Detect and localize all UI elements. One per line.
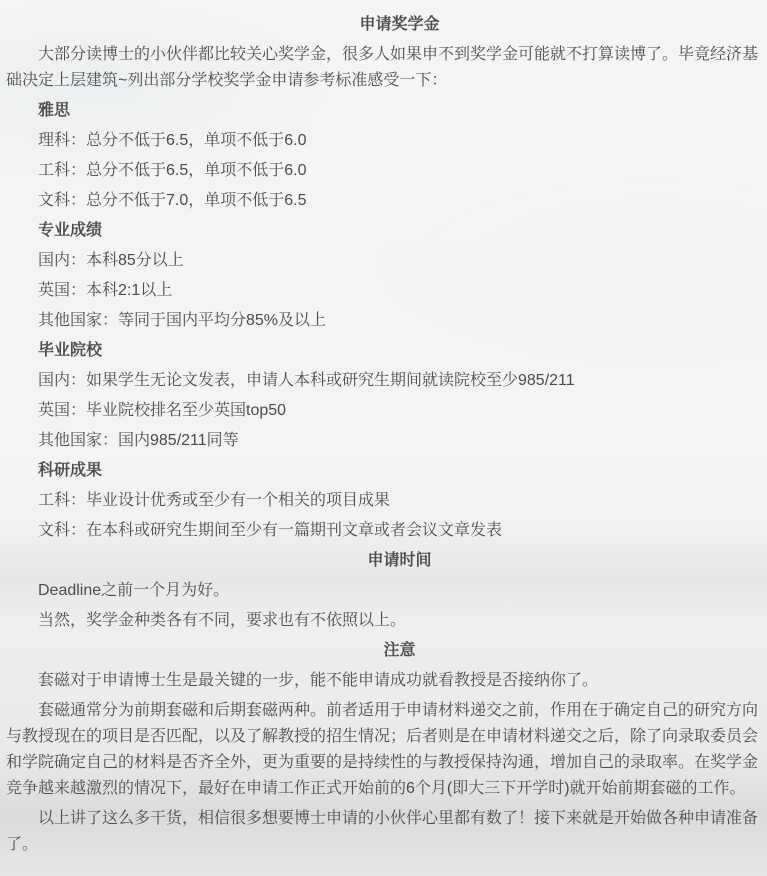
school-line-uk: 英国：毕业院校排名至少英国top50 [6,398,761,424]
section-heading-graduating-school: 毕业院校 [6,338,761,364]
grades-line-uk: 英国：本科2:1以上 [6,278,761,304]
notice-paragraph-contact-importance: 套磁对于申请博士生是最关键的一步，能不能申请成功就看教授是否接纳你了。 [6,668,761,694]
article: 申请奖学金 大部分读博士的小伙伴都比较关心奖学金，很多人如果申不到奖学金可能就不… [0,0,767,876]
research-line-engineering: 工科：毕业设计优秀或至少有一个相关的项目成果 [6,488,761,514]
notice-paragraph-conclusion: 以上讲了这么多干货，相信很多想要博士申请的小伙伴心里都有数了！接下来就是开始做各… [6,806,761,858]
section-heading-application-time: 申请时间 [6,548,761,574]
section-heading-ielts: 雅思 [6,98,761,124]
research-line-liberal-arts: 文科：在本科或研究生期间至少有一篇期刊文章或者会议文章发表 [6,518,761,544]
school-line-other-countries: 其他国家：国内985/211同等 [6,428,761,454]
section-heading-major-grades: 专业成绩 [6,218,761,244]
ielts-line-science: 理科：总分不低于6.5，单项不低于6.0 [6,128,761,154]
article-title: 申请奖学金 [6,12,761,38]
timing-paragraph-deadline: Deadline之前一个月为好。 [6,578,761,604]
notice-paragraph-contact-types: 套磁通常分为前期套磁和后期套磁两种。前者适用于申请材料递交之前，作用在于确定自己… [6,698,761,802]
grades-line-other-countries: 其他国家：等同于国内平均分85%及以上 [6,308,761,334]
timing-paragraph-variation: 当然，奖学金种类各有不同，要求也有不依照以上。 [6,608,761,634]
ielts-line-liberal-arts: 文科：总分不低于7.0，单项不低于6.5 [6,188,761,214]
intro-paragraph: 大部分读博士的小伙伴都比较关心奖学金，很多人如果申不到奖学金可能就不打算读博了。… [6,42,761,94]
school-line-domestic: 国内：如果学生无论文发表，申请人本科或研究生期间就读院校至少985/211 [6,368,761,394]
ielts-line-engineering: 工科：总分不低于6.5，单项不低于6.0 [6,158,761,184]
grades-line-domestic: 国内：本科85分以上 [6,248,761,274]
section-heading-notice: 注意 [6,638,761,664]
section-heading-research-results: 科研成果 [6,458,761,484]
